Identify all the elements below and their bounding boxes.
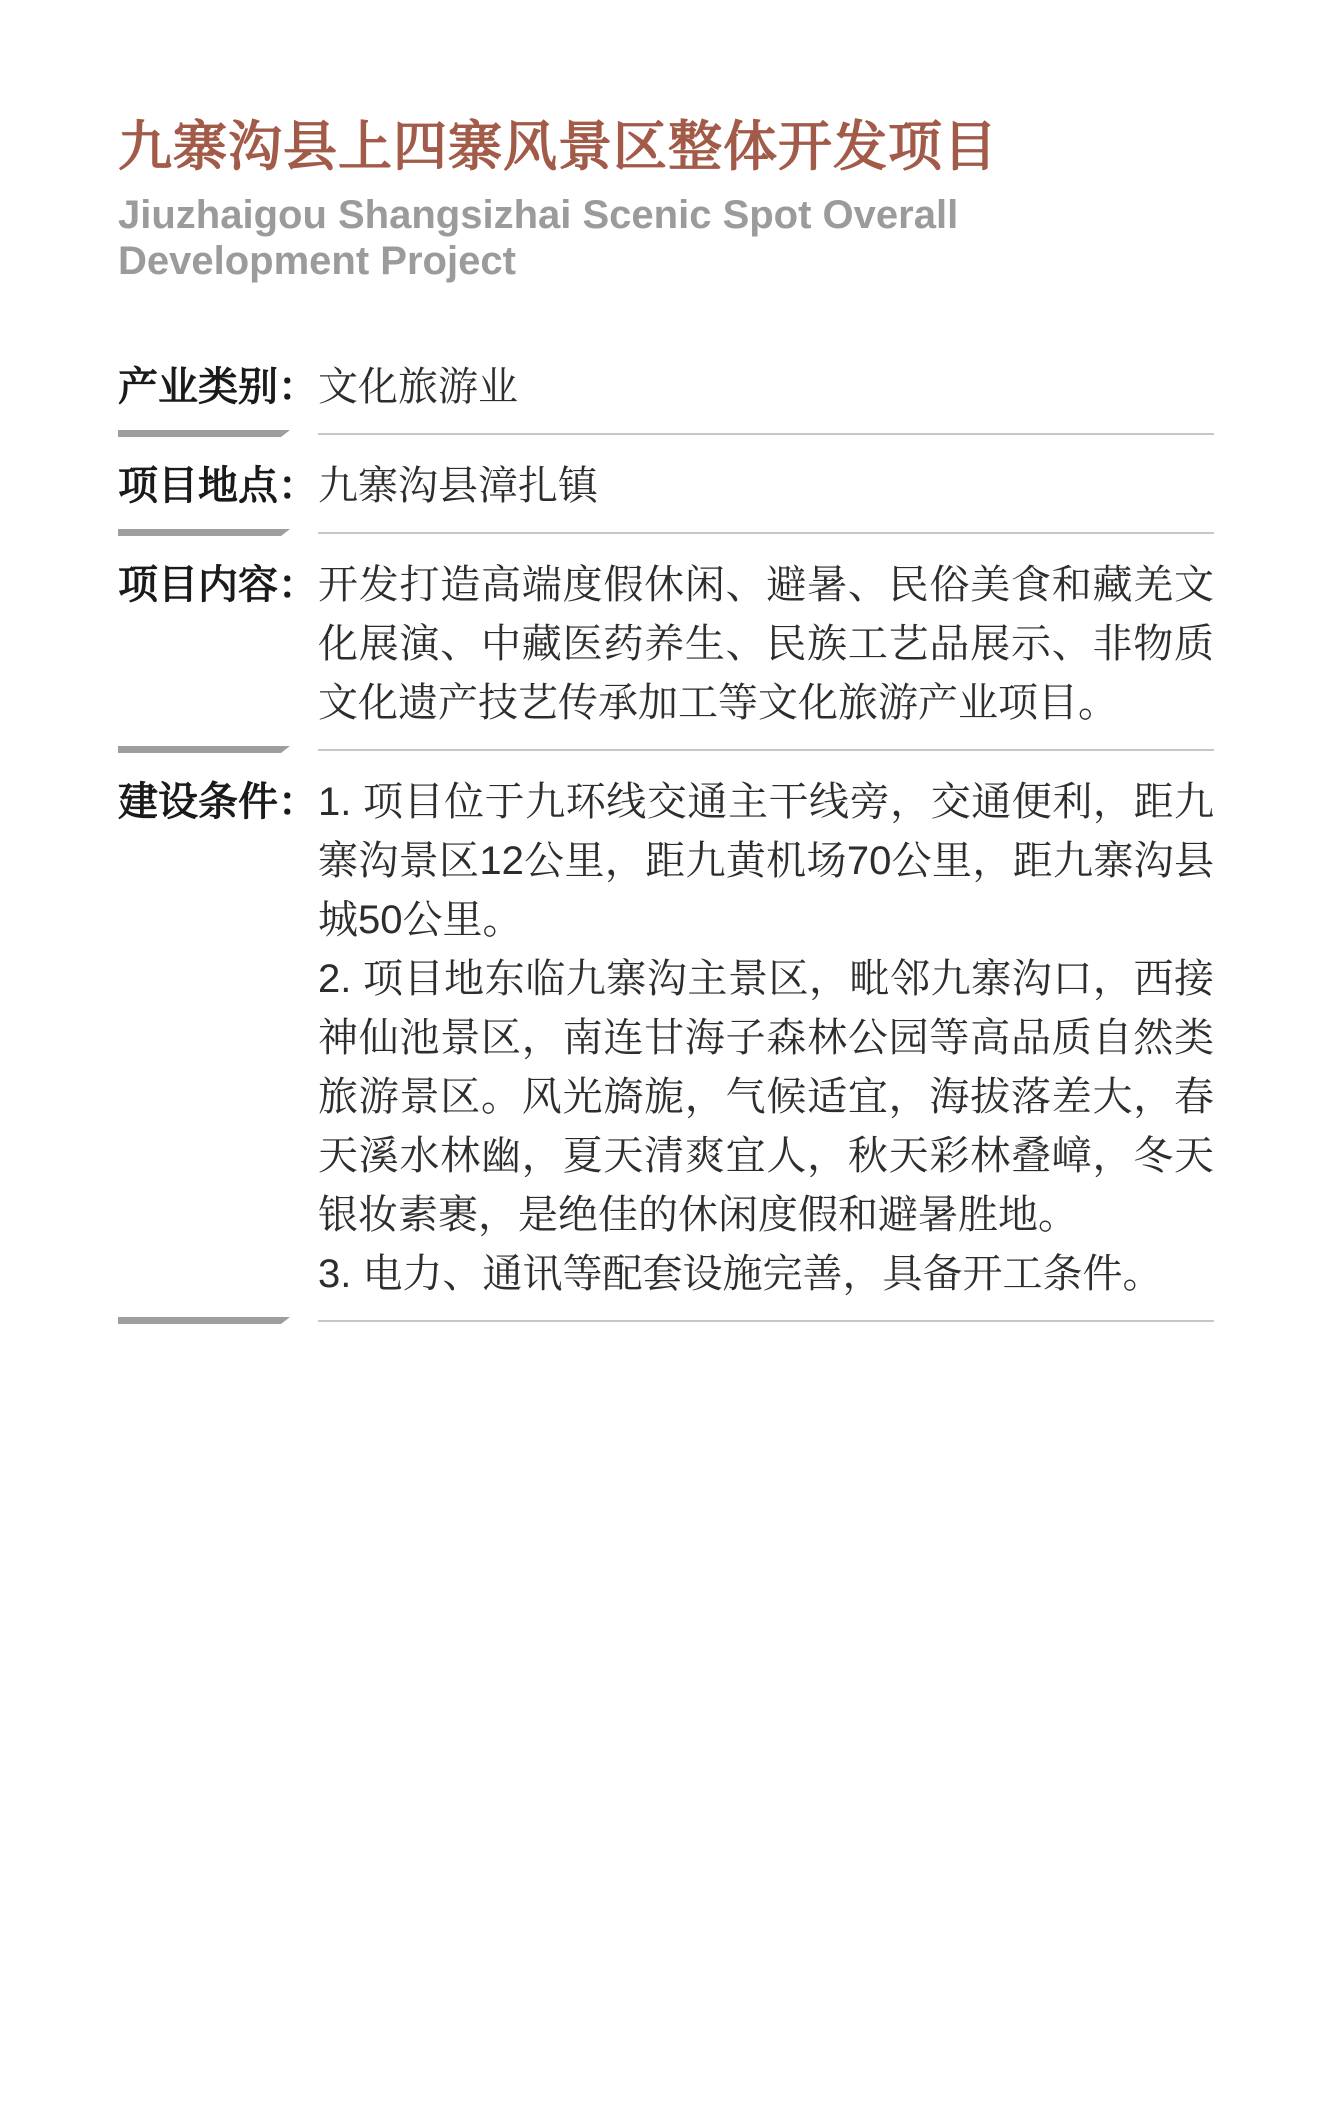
- divider-accent-bar: [118, 746, 290, 753]
- info-value-line: 文化遗产技艺传承加工等文化旅游产业项目。: [318, 674, 1214, 733]
- info-row-industry-category: 产业类别：文化旅游业: [118, 358, 1214, 417]
- info-value-construction-conditions: 1. 项目位于九环线交通主干线旁，交通便利，距九寨沟景区12公里，距九黄机场70…: [318, 773, 1214, 1304]
- info-value-line: 寨沟景区12公里，距九黄机场70公里，距九寨沟县: [318, 832, 1214, 891]
- info-value-line: 2. 项目地东临九寨沟主景区，毗邻九寨沟口，西接: [318, 950, 1214, 1009]
- info-value-line: 银妆素裹，是绝佳的休闲度假和避暑胜地。: [318, 1186, 1214, 1245]
- divider-accent-bar: [118, 529, 290, 536]
- info-value-project-location: 九寨沟县漳扎镇: [318, 457, 1214, 516]
- info-label-project-location: 项目地点：: [118, 457, 318, 516]
- section-divider: [118, 746, 1214, 753]
- info-label-construction-conditions: 建设条件：: [118, 773, 318, 832]
- info-value-line: 开发打造高端度假休闲、避暑、民俗美食和藏羌文: [318, 556, 1214, 615]
- info-value-project-content: 开发打造高端度假休闲、避暑、民俗美食和藏羌文化展演、中藏医药养生、民族工艺品展示…: [318, 556, 1214, 733]
- page-subtitle: Jiuzhaigou Shangsizhai Scenic Spot Overa…: [118, 192, 1214, 284]
- info-label-industry-category: 产业类别：: [118, 358, 318, 417]
- section-divider: [118, 529, 1214, 536]
- info-label-project-content: 项目内容：: [118, 556, 318, 615]
- info-value-line: 3. 电力、通讯等配套设施完善，具备开工条件。: [318, 1245, 1214, 1304]
- divider-accent-bar: [118, 430, 290, 437]
- info-value-line: 天溪水林幽，夏天清爽宜人，秋天彩林叠嶂，冬天: [318, 1127, 1214, 1186]
- info-sections: 产业类别：文化旅游业项目地点：九寨沟县漳扎镇项目内容：开发打造高端度假休闲、避暑…: [118, 358, 1214, 1324]
- document-content: 九寨沟县上四寨风景区整体开发项目 Jiuzhaigou Shangsizhai …: [118, 116, 1214, 1324]
- info-value-line: 化展演、中藏医药养生、民族工艺品展示、非物质: [318, 615, 1214, 674]
- info-row-project-content: 项目内容：开发打造高端度假休闲、避暑、民俗美食和藏羌文化展演、中藏医药养生、民族…: [118, 556, 1214, 733]
- info-row-construction-conditions: 建设条件：1. 项目位于九环线交通主干线旁，交通便利，距九寨沟景区12公里，距九…: [118, 773, 1214, 1304]
- section-divider: [118, 430, 1214, 437]
- document-page: 九寨沟县上四寨风景区整体开发项目 Jiuzhaigou Shangsizhai …: [0, 0, 1334, 2102]
- info-value-industry-category: 文化旅游业: [318, 358, 1214, 417]
- divider-rule-line: [318, 433, 1214, 435]
- divider-rule-line: [318, 1320, 1214, 1322]
- page-title: 九寨沟县上四寨风景区整体开发项目: [118, 116, 1214, 178]
- info-value-line: 城50公里。: [318, 891, 1214, 950]
- divider-rule-line: [318, 749, 1214, 751]
- section-divider: [118, 1317, 1214, 1324]
- info-value-line: 1. 项目位于九环线交通主干线旁，交通便利，距九: [318, 773, 1214, 832]
- info-value-line: 文化旅游业: [318, 358, 1214, 417]
- info-value-line: 九寨沟县漳扎镇: [318, 457, 1214, 516]
- info-value-line: 神仙池景区，南连甘海子森林公园等高品质自然类: [318, 1009, 1214, 1068]
- info-row-project-location: 项目地点：九寨沟县漳扎镇: [118, 457, 1214, 516]
- info-value-line: 旅游景区。风光旖旎，气候适宜，海拔落差大，春: [318, 1068, 1214, 1127]
- subtitle-line-2: Development Project: [118, 238, 1214, 284]
- divider-accent-bar: [118, 1317, 290, 1324]
- divider-rule-line: [318, 532, 1214, 534]
- subtitle-line-1: Jiuzhaigou Shangsizhai Scenic Spot Overa…: [118, 192, 1214, 238]
